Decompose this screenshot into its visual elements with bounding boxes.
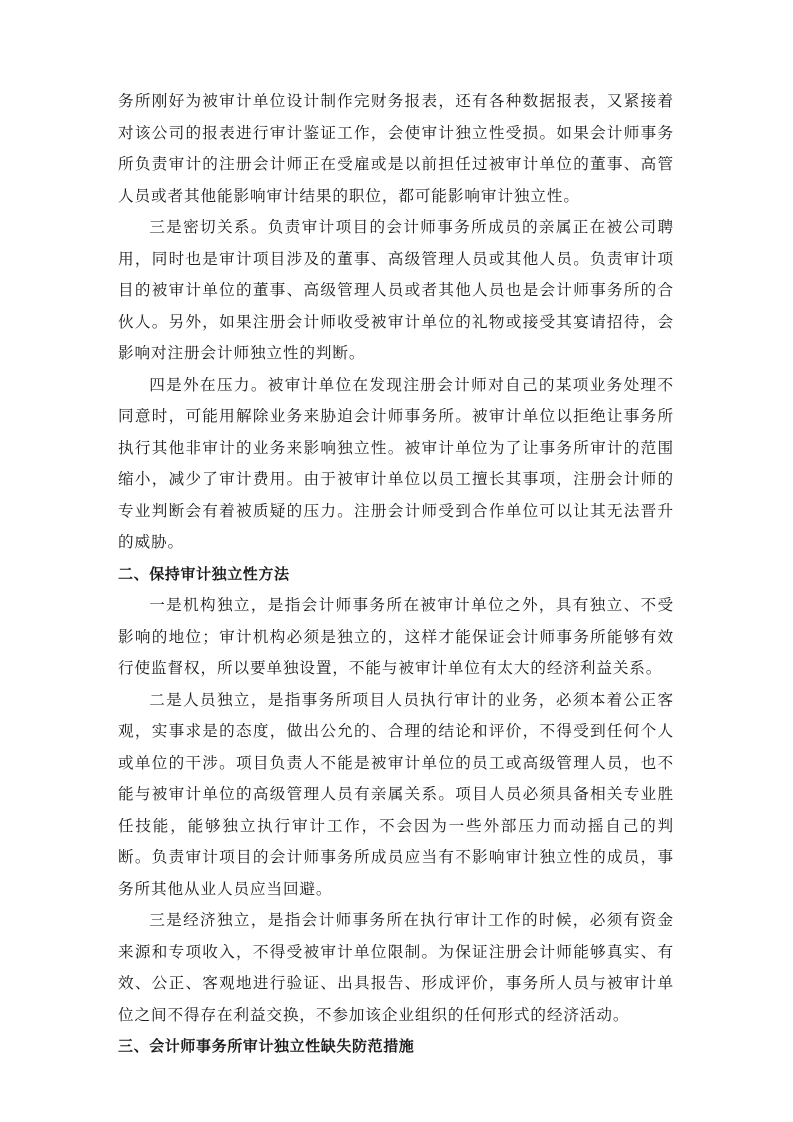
paragraph-external-pressure: 四是外在压力。被审计单位在发现注册会计师对自己的某项业务处理不同意时，可能用解除… <box>118 370 674 559</box>
paragraph-economic-independence: 三是经济独立，是指会计师事务所在执行审计工作的时候，必须有资金来源和专项收入，不… <box>118 905 674 1031</box>
paragraph-close-relationship: 三是密切关系。负责审计项目的会计师事务所成员的亲属正在被公司聘用，同时也是审计项… <box>118 212 674 370</box>
paragraph-auditor-former-role: 务所刚好为被审计单位设计制作完财务报表，还有各种数据报表，又紧接着对该公司的报表… <box>118 86 674 212</box>
document-page: 务所刚好为被审计单位设计制作完财务报表，还有各种数据报表，又紧接着对该公司的报表… <box>118 86 674 1063</box>
section-heading-methods: 二、保持审计独立性方法 <box>118 559 674 591</box>
section-heading-prevention-measures: 三、会计师事务所审计独立性缺失防范措施 <box>118 1031 674 1063</box>
paragraph-institutional-independence: 一是机构独立，是指会计师事务所在被审计单位之外，具有独立、不受影响的地位；审计机… <box>118 590 674 685</box>
paragraph-personnel-independence: 二是人员独立，是指事务所项目人员执行审计的业务，必须本着公正客观，实事求是的态度… <box>118 685 674 906</box>
